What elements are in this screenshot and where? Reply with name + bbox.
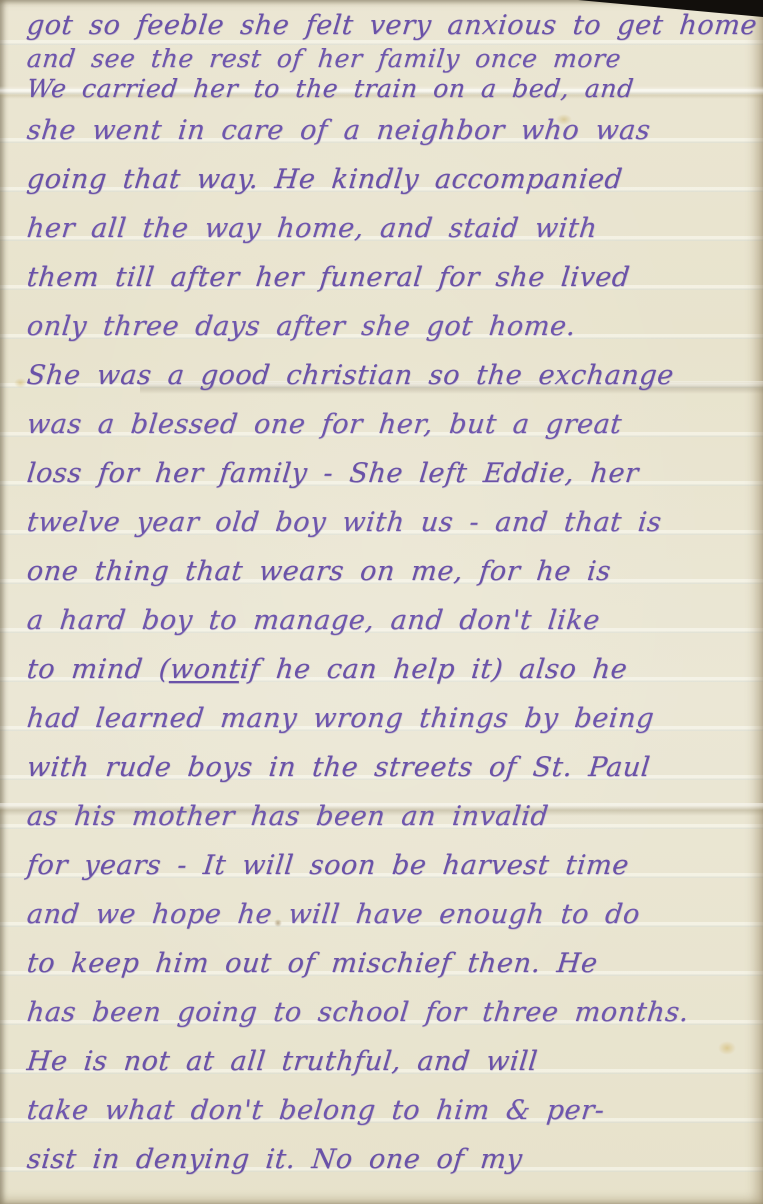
handwriting-line: and see the rest of her family once more xyxy=(26,46,763,71)
handwriting-lines: got so feeble she felt very anxious to g… xyxy=(27,4,763,1184)
handwriting-line: them till after her funeral for she live… xyxy=(24,253,763,302)
handwriting-line: loss for her family - She left Eddie, he… xyxy=(24,449,763,498)
handwriting-line: take what don't belong to him & per- xyxy=(24,1086,763,1135)
letter-page: got so feeble she felt very anxious to g… xyxy=(0,0,763,1204)
handwriting-line: had learned many wrong things by being xyxy=(24,694,763,743)
handwriting-line: We carried her to the train on a bed, an… xyxy=(25,71,763,106)
handwriting-line: a hard boy to manage, and don't like xyxy=(24,596,763,645)
handwriting-line: only three days after she got home. xyxy=(24,302,763,351)
handwriting-line: was a blessed one for her, but a great xyxy=(24,400,763,449)
handwriting-line: He is not at all truthful, and will xyxy=(24,1037,763,1086)
handwriting-line: to keep him out of mischief then. He xyxy=(24,939,763,988)
handwriting-line: one thing that wears on me, for he is xyxy=(24,547,763,596)
handwriting-line: She was a good christian so the exchange xyxy=(24,351,763,400)
handwriting-line: her all the way home, and staid with xyxy=(24,204,763,253)
handwriting-line: has been going to school for three month… xyxy=(24,988,763,1037)
handwriting-line: and we hope he will have enough to do xyxy=(24,890,763,939)
handwriting-line: for years - It will soon be harvest time xyxy=(24,841,763,890)
handwriting-line: twelve year old boy with us - and that i… xyxy=(24,498,763,547)
handwriting-line: going that way. He kindly accompanied xyxy=(24,155,763,204)
handwriting-line: to mind (wont if he can help it) also he xyxy=(24,645,763,694)
handwriting-line: got so feeble she felt very anxious to g… xyxy=(25,4,763,46)
handwriting-line: sist in denying it. No one of my xyxy=(24,1135,763,1184)
underlined-word: wont xyxy=(169,656,242,683)
handwriting-line: she went in care of a neighbor who was xyxy=(24,106,763,155)
handwriting-line: as his mother has been an invalid xyxy=(24,792,763,841)
handwriting-line: with rude boys in the streets of St. Pau… xyxy=(24,743,763,792)
